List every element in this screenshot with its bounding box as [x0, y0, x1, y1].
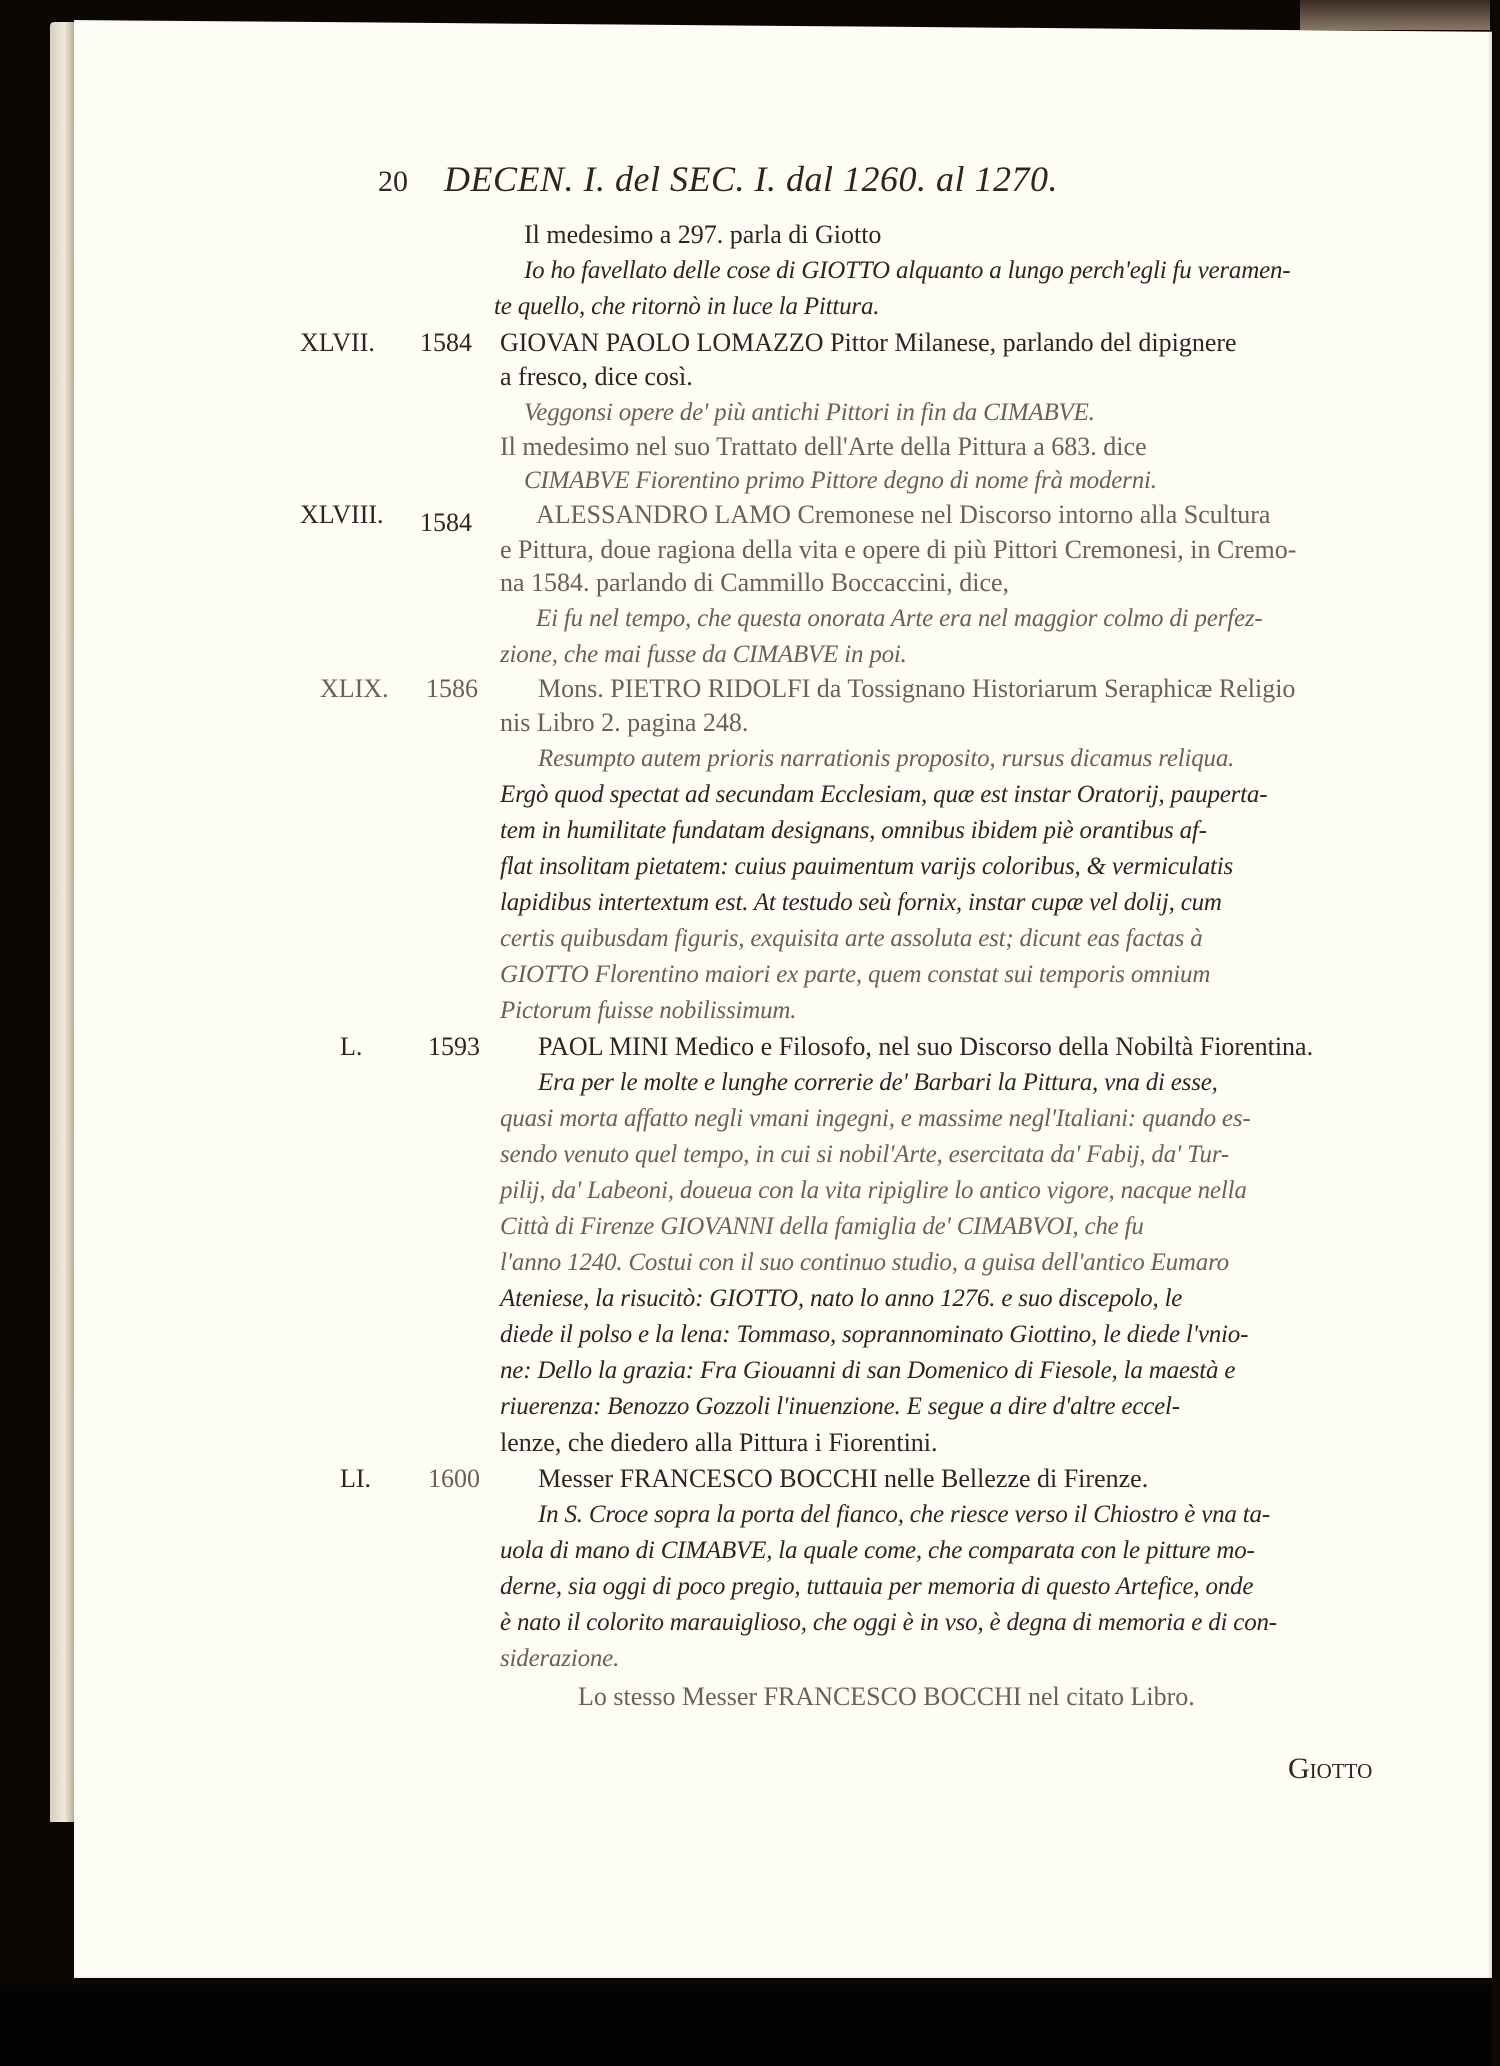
scan-right-edge [1492, 0, 1500, 2066]
entry-numeral: XLVIII. [300, 498, 384, 532]
quote-line: zione, che mai fusse da CIMABVE in poi. [500, 638, 907, 672]
entry-heading: ALESSANDRO LAMO Cremonese nel Discorso i… [536, 498, 1270, 532]
entry-year: 1584 [420, 506, 472, 540]
quote-line: riuerenza: Benozzo Gozzoli l'inuenzione.… [500, 1390, 1180, 1424]
quote-line: diede il polso e la lena: Tommaso, sopra… [500, 1318, 1248, 1352]
entry-heading: Mons. PIETRO RIDOLFI da Tossignano Histo… [538, 672, 1295, 706]
quote-line: flat insolitam pietatem: cuius pauimentu… [500, 850, 1233, 884]
entry-year: 1593 [428, 1030, 480, 1064]
quote-line: siderazione. [500, 1642, 619, 1676]
quote-line: Pictorum fuisse nobilissimum. [500, 994, 796, 1028]
text-line: a fresco, dice così. [500, 360, 693, 394]
entry-numeral: XLVII. [300, 326, 375, 360]
page-leaf-edge [50, 22, 74, 1822]
quote-line: Era per le molte e lunghe correrie de' B… [538, 1066, 1218, 1100]
quote-line: uola di mano di CIMABVE, la quale come, … [500, 1534, 1255, 1568]
text-line: Il medesimo a 297. parla di Giotto [524, 218, 881, 252]
text-line: nis Libro 2. pagina 248. [500, 706, 748, 740]
quote-line: quasi morta affatto negli vmani ingegni,… [500, 1102, 1251, 1136]
quote-line: certis quibusdam figuris, exquisita arte… [500, 922, 1203, 956]
text-line: Il medesimo nel suo Trattato dell'Arte d… [500, 430, 1147, 464]
entry-numeral: LI. [340, 1462, 371, 1496]
text-line: lenze, che diedero alla Pittura i Fioren… [500, 1426, 938, 1460]
text-line: e Pittura, doue ragiona della vita e ope… [500, 533, 1296, 567]
quote-line: Io ho favellato delle cose di GIOTTO alq… [524, 254, 1290, 288]
entry-numeral: L. [340, 1030, 362, 1064]
quote-line: ne: Dello la grazia: Fra Giouanni di san… [500, 1354, 1235, 1388]
page-number: 20 [378, 165, 408, 199]
quote-line: te quello, che ritornò in luce la Pittur… [494, 290, 879, 324]
quote-line: Resumpto autem prioris narrationis propo… [538, 742, 1234, 776]
page-header: 20 DECEN. I. del SEC. I. dal 1260. al 12… [378, 158, 1378, 208]
entry-year: 1584 [420, 326, 472, 360]
quote-line: lapidibus intertextum est. At testudo se… [500, 886, 1222, 920]
quote-line: Veggonsi opere de' più antichi Pittori i… [524, 396, 1095, 430]
quote-line: Ateniese, la risucitò: GIOTTO, nato lo a… [500, 1282, 1182, 1316]
scan-background [0, 1985, 1500, 2066]
text-line: na 1584. parlando di Cammillo Boccaccini… [500, 566, 1009, 600]
entry-numeral: XLIX. [320, 672, 389, 706]
entry-heading: Messer FRANCESCO BOCCHI nelle Bellezze d… [538, 1462, 1148, 1496]
entry-heading: GIOVAN PAOLO LOMAZZO Pittor Milanese, pa… [500, 326, 1237, 360]
catchword: Giotto [1288, 1752, 1372, 1786]
quote-line: CIMABVE Fiorentino primo Pittore degno d… [524, 464, 1157, 498]
quote-line: GIOTTO Florentino maiori ex parte, quem … [500, 958, 1210, 992]
quote-line: tem in humilitate fundatam designans, om… [500, 814, 1207, 848]
running-head: DECEN. I. del SEC. I. dal 1260. al 1270. [444, 158, 1058, 200]
quote-line: Ei fu nel tempo, che questa onorata Arte… [536, 602, 1263, 636]
quote-line: l'anno 1240. Costui con il suo continuo … [500, 1246, 1229, 1280]
quote-line: In S. Croce sopra la porta del fianco, c… [538, 1498, 1270, 1532]
quote-line: pilij, da' Labeoni, doueua con la vita r… [500, 1174, 1247, 1208]
entry-year: 1600 [428, 1462, 480, 1496]
book-top-edge [1300, 0, 1490, 30]
quote-line: Città di Firenze GIOVANNI della famiglia… [500, 1210, 1144, 1244]
text-line: Lo stesso Messer FRANCESCO BOCCHI nel ci… [578, 1680, 1195, 1714]
quote-line: è nato il colorito marauiglioso, che ogg… [500, 1606, 1277, 1640]
quote-line: sendo venuto quel tempo, in cui si nobil… [500, 1138, 1229, 1172]
entry-year: 1586 [426, 672, 478, 706]
quote-line: Ergò quod spectat ad secundam Ecclesiam,… [500, 778, 1267, 812]
entry-heading: PAOL MINI Medico e Filosofo, nel suo Dis… [538, 1030, 1313, 1064]
quote-line: derne, sia oggi di poco pregio, tuttauia… [500, 1570, 1253, 1604]
